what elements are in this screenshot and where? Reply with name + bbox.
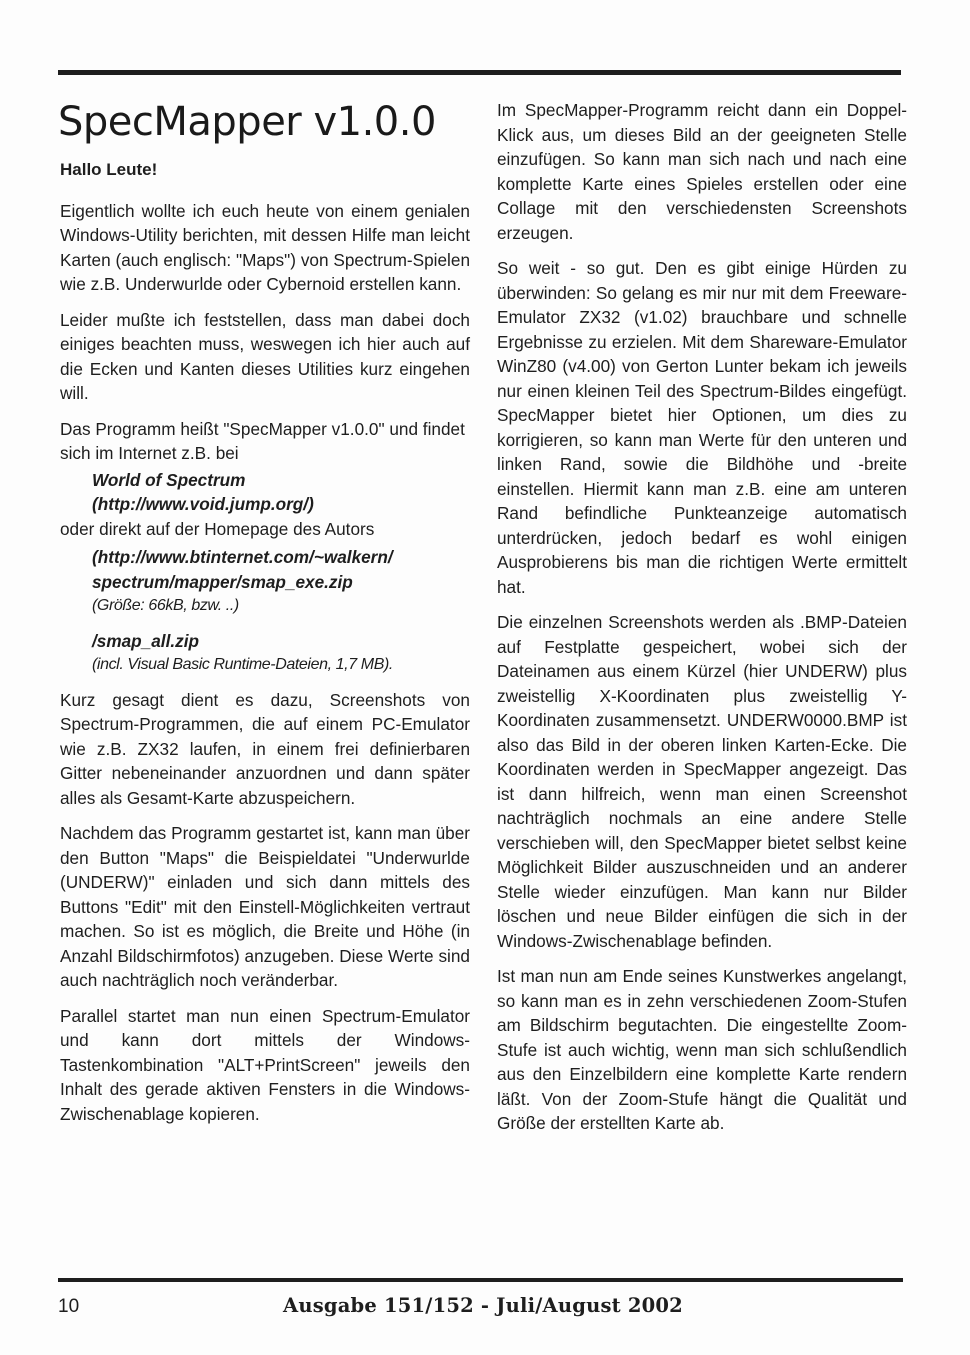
- all-zip: /smap_all.zip: [92, 629, 470, 654]
- wos-link-block: World of Spectrum (http://www.void.jump.…: [92, 468, 470, 517]
- exe-size-note: (Größe: 66kB, bzw. ..): [92, 594, 470, 619]
- wos-url: (http://www.void.jump.org/): [92, 492, 470, 517]
- greeting: Hallo Leute!: [60, 158, 470, 183]
- author-url-line-2: spectrum/mapper/smap_exe.zip: [92, 570, 470, 595]
- paragraph-bmp-files: Die einzelnen Screenshots werden als .BM…: [497, 610, 907, 953]
- author-link-block: (http://www.btinternet.com/~walkern/ spe…: [92, 545, 470, 678]
- bottom-rule: [58, 1278, 903, 1282]
- paragraph-intro: Eigentlich wollte ich euch heute von ein…: [60, 199, 470, 297]
- issue-line: Ausgabe 151/152 - Juli/August 2002: [283, 1294, 683, 1317]
- right-column: Im SpecMapper-Programm reicht dann ein D…: [497, 98, 907, 1147]
- paragraph-start: Nachdem das Programm gestartet ist, kann…: [60, 821, 470, 993]
- left-column: SpecMapper v1.0.0 Hallo Leute! Eigentlic…: [60, 96, 470, 1137]
- paragraph-doubleclick: Im SpecMapper-Programm reicht dann ein D…: [497, 98, 907, 245]
- paragraph-caveat: Leider mußte ich feststellen, dass man d…: [60, 308, 470, 406]
- paragraph-program-name: Das Programm heißt "SpecMapper v1.0.0" u…: [60, 417, 470, 466]
- paragraph-zoom: Ist man nun am Ende seines Kunstwerkes a…: [497, 964, 907, 1136]
- page-number: 10: [58, 1296, 79, 1318]
- wos-name: World of Spectrum: [92, 468, 470, 493]
- paragraph-emulator: Parallel startet man nun einen Spectrum-…: [60, 1004, 470, 1127]
- paragraph-purpose: Kurz gesagt dient es dazu, Screenshots v…: [60, 688, 470, 811]
- all-zip-note: (incl. Visual Basic Runtime-Dateien, 1,7…: [92, 653, 470, 678]
- paragraph-hurdles: So weit - so gut. Den es gibt einige Hür…: [497, 256, 907, 599]
- article-title: SpecMapper v1.0.0: [58, 96, 470, 148]
- magazine-page: SpecMapper v1.0.0 Hallo Leute! Eigentlic…: [0, 0, 970, 1355]
- author-url-line-1: (http://www.btinternet.com/~walkern/: [92, 545, 470, 570]
- author-intro: oder direkt auf der Homepage des Autors: [60, 517, 470, 542]
- top-rule: [58, 70, 901, 75]
